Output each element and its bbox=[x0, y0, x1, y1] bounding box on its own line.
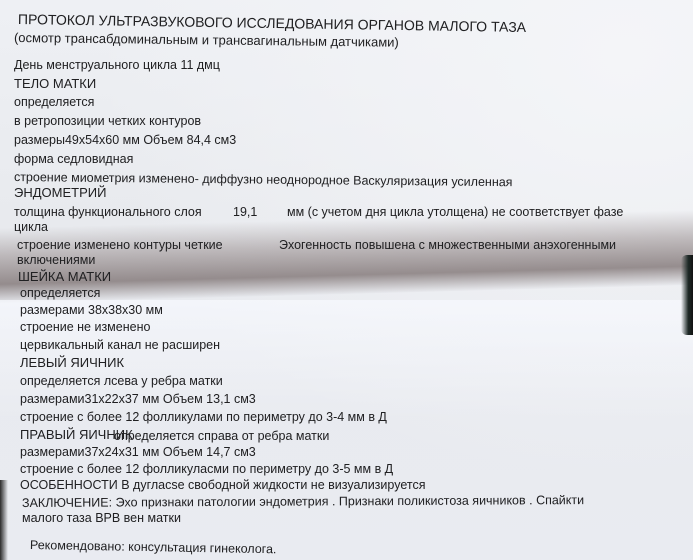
cervix-size: размерами 38x38x30 мм bbox=[20, 304, 163, 317]
left-ovary-location: определяется лсева у ребра матки bbox=[20, 375, 223, 388]
left-ovary-heading: ЛЕВЫЙ ЯИЧНИК bbox=[20, 356, 124, 369]
endometrium-thickness-note-cont: цикла bbox=[14, 221, 48, 234]
right-ovary-size: размерами37x24x31 мм Объем 14,7 см3 bbox=[20, 446, 256, 459]
uterus-detected: определяется bbox=[14, 96, 94, 109]
conclusion: ЗАКЛЮЧЕНИЕ: Эхо признаки патологии эндом… bbox=[22, 494, 584, 509]
endometrium-echogenicity-cont: включениями bbox=[17, 254, 95, 267]
uterus-size: размеры49x54x60 мм Объем 84,4 см3 bbox=[14, 134, 236, 147]
endometrium-thickness-value: 19,1 bbox=[233, 206, 257, 219]
endometrium-heading: ЭНДОМЕТРИЙ bbox=[14, 186, 106, 199]
cervix-heading: ШЕЙКА МАТКИ bbox=[18, 270, 111, 283]
endometrium-thickness-note: мм (с учетом дня цикла утолщена) не соот… bbox=[287, 206, 623, 219]
uterus-shape: форма седловидная bbox=[14, 153, 133, 166]
cervix-detected: определяется bbox=[20, 287, 100, 300]
fold-shadow bbox=[0, 210, 693, 303]
conclusion-cont: малого таза ВРВ вен матки bbox=[22, 512, 181, 525]
left-ovary-size: размерами31x22x37 мм Объем 13,1 см3 bbox=[20, 393, 256, 406]
left-ovary-structure: строение с более 12 фолликулами по перим… bbox=[20, 411, 387, 424]
uterus-position: в ретропозиции четких контуров bbox=[14, 115, 201, 128]
right-ovary-location: определяется справа от ребра матки bbox=[114, 430, 329, 443]
uterus-body-heading: ТЕЛО МАТКИ bbox=[14, 77, 96, 90]
document-subtitle: (осмотр трансабдоминальным и трансвагина… bbox=[14, 31, 399, 49]
endometrium-echogenicity: Эхогенность повышена с множественными ан… bbox=[279, 239, 616, 252]
background-edge bbox=[0, 480, 8, 560]
document-photo: ПРОТОКОЛ УЛЬТРАЗВУКОВОГО ИССЛЕДОВАНИЯ ОР… bbox=[0, 0, 693, 560]
endometrium-thickness-label: толщина функционального слоя bbox=[14, 206, 202, 219]
right-ovary-structure: строение с более 12 фолликуласми по пери… bbox=[20, 463, 393, 476]
cervix-structure: строение не изменено bbox=[20, 321, 150, 334]
cervical-canal: цервикальный канал не расширен bbox=[20, 339, 220, 352]
background-object bbox=[681, 255, 693, 335]
endometrium-structure: строение изменено контуры четкие bbox=[17, 239, 223, 252]
features: ОСОБЕННОСТИ В дугласse свободной жидкост… bbox=[20, 479, 425, 492]
recommendation: Рекомендовано: консультация гинеколога. bbox=[30, 539, 277, 556]
cycle-day: День менструального цикла 11 дмц bbox=[14, 59, 220, 72]
